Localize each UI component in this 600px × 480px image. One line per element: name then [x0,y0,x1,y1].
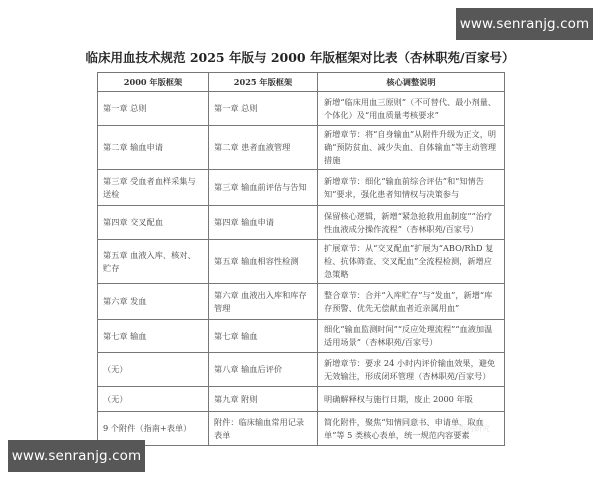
table-row: 第四章 交叉配血第四章 输血申请保留核心逻辑，新增“紧急抢救用血制度”“治疗性血… [98,206,505,240]
cell-2025-framework: 第六章 血液出入库和库存管理 [209,284,318,320]
table-row: 第一章 总则第一章 总则新增“临床用血三原则”（不可替代、最小剂量、个体化）及“… [98,92,505,126]
table-row: 第五章 血液入库、核对、贮存第五章 输血相容性检测扩展章节：从“交叉配血”扩展为… [98,240,505,284]
header-core-changes: 核心调整说明 [318,73,505,92]
cell-2025-framework: 第二章 患者血液管理 [209,126,318,170]
cell-2025-framework: 第九章 附则 [209,387,318,412]
table-row: （无）第九章 附则明确解释权与施行日期，废止 2000 年版 [98,387,505,412]
cell-2000-framework: 第七章 输血 [98,320,209,353]
cell-core-change: 扩展章节：从“交叉配血”扩展为“ABO/RhD 复检、抗体筛查、交叉配血”全流程… [318,240,505,284]
cell-core-change: 整合章节：合并“入库贮存”与“发血”，新增“库存预警、优先无偿献血者近亲属用血” [318,284,505,320]
document-title: 临床用血技术规范 2025 年版与 2000 年版框架对比表（杏林职苑/百家号） [0,48,600,66]
cell-2025-framework: 第一章 总则 [209,92,318,126]
cell-core-change: 新增章节：要求 24 小时内评价输血效果，避免无效输注，形成闭环管理（杏林职苑/… [318,353,505,387]
cell-core-change: 新增章节：将“自身输血”从附件升级为正文，明确“预防贫血、减少失血、自体输血”等… [318,126,505,170]
cell-2000-framework: 第六章 发血 [98,284,209,320]
cell-core-change: 明确解释权与施行日期，废止 2000 年版 [318,387,505,412]
cell-2000-framework: 第一章 总则 [98,92,209,126]
cell-2025-framework: 第三章 输血前评估与告知 [209,170,318,206]
table-header-row: 2000 年版框架 2025 年版框架 核心调整说明 [98,73,505,92]
cell-core-change: 保留核心逻辑，新增“紧急抢救用血制度”“治疗性血液成分操作流程”（杏林职苑/百家… [318,206,505,240]
cell-core-change: 新增“临床用血三原则”（不可替代、最小剂量、个体化）及“用血质量考核要求” [318,92,505,126]
table-row: 第七章 输血第七章 输血细化“输血监测时间”“反应处理流程”“血液加温适用场景”… [98,320,505,353]
watermark-top-right: www.senranjg.com [456,8,593,40]
table-row: 第三章 受血者血样采集与送检第三章 输血前评估与告知新增章节：细化“输血前综合评… [98,170,505,206]
watermark-bottom-left: www.senranjg.com [8,440,145,472]
cell-2000-framework: 第五章 血液入库、核对、贮存 [98,240,209,284]
cell-core-change: 新增章节：细化“输血前综合评估”和“知情告知”要求，强化患者知情权与决策参与 [318,170,505,206]
table-row: 9 个附件（指南+表单）附件：临床输血常用记录表单简化附件，聚焦“知情同意书、申… [98,412,505,446]
faint-watermark: 中西药研究 [450,423,520,435]
cell-2025-framework: 第八章 输血后评价 [209,353,318,387]
cell-2025-framework: 第五章 输血相容性检测 [209,240,318,284]
cell-2000-framework: 第四章 交叉配血 [98,206,209,240]
cell-2025-framework: 第四章 输血申请 [209,206,318,240]
cell-2000-framework: 第三章 受血者血样采集与送检 [98,170,209,206]
comparison-table: 2000 年版框架 2025 年版框架 核心调整说明 第一章 总则第一章 总则新… [97,72,505,446]
cell-2000-framework: （无） [98,387,209,412]
header-2025-framework: 2025 年版框架 [209,73,318,92]
cell-2000-framework: 第二章 输血申请 [98,126,209,170]
table-row: 第二章 输血申请第二章 患者血液管理新增章节：将“自身输血”从附件升级为正文，明… [98,126,505,170]
table-row: 第六章 发血第六章 血液出入库和库存管理整合章节：合并“入库贮存”与“发血”，新… [98,284,505,320]
cell-2000-framework: （无） [98,353,209,387]
cell-core-change: 细化“输血监测时间”“反应处理流程”“血液加温适用场景”（杏林职苑/百家号） [318,320,505,353]
header-2000-framework: 2000 年版框架 [98,73,209,92]
table-row: （无）第八章 输血后评价新增章节：要求 24 小时内评价输血效果，避免无效输注，… [98,353,505,387]
cell-2025-framework: 第七章 输血 [209,320,318,353]
cell-2025-framework: 附件：临床输血常用记录表单 [209,412,318,446]
